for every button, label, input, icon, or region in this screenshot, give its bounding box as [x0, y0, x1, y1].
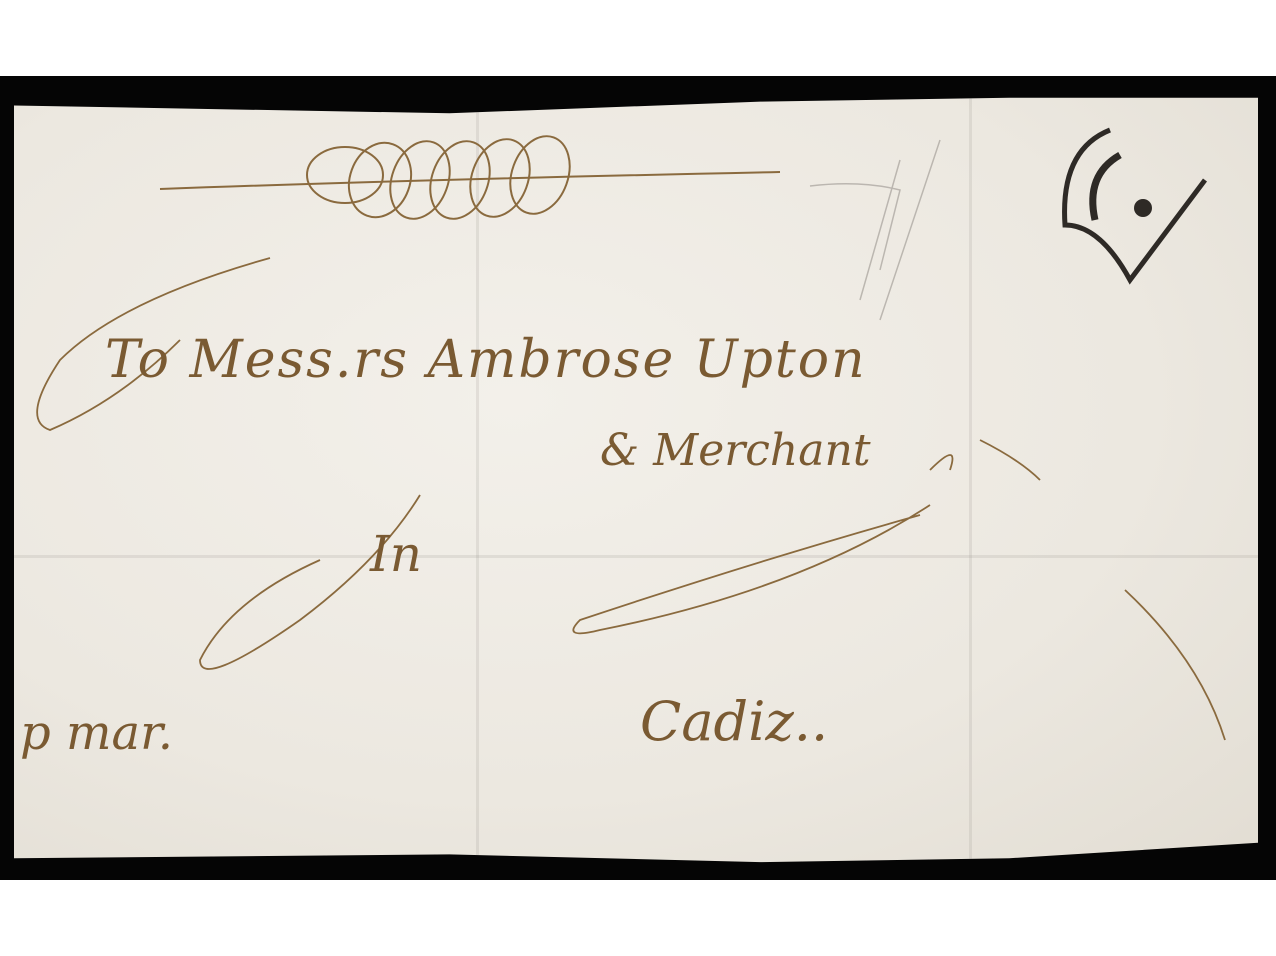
star-icon — [1134, 199, 1152, 217]
cancelled-flourish — [160, 128, 780, 227]
annotation-p-mar: p mar. — [20, 705, 173, 761]
address-line-1: To Mess.rs Ambrose Upton — [105, 330, 867, 390]
address-line-4: Cadiz.. — [640, 690, 828, 753]
crescent-icon — [1093, 155, 1120, 220]
address-line-3: In — [370, 525, 422, 583]
ink-strokes — [0, 0, 1276, 956]
address-line-2: & Merchant — [600, 425, 871, 476]
